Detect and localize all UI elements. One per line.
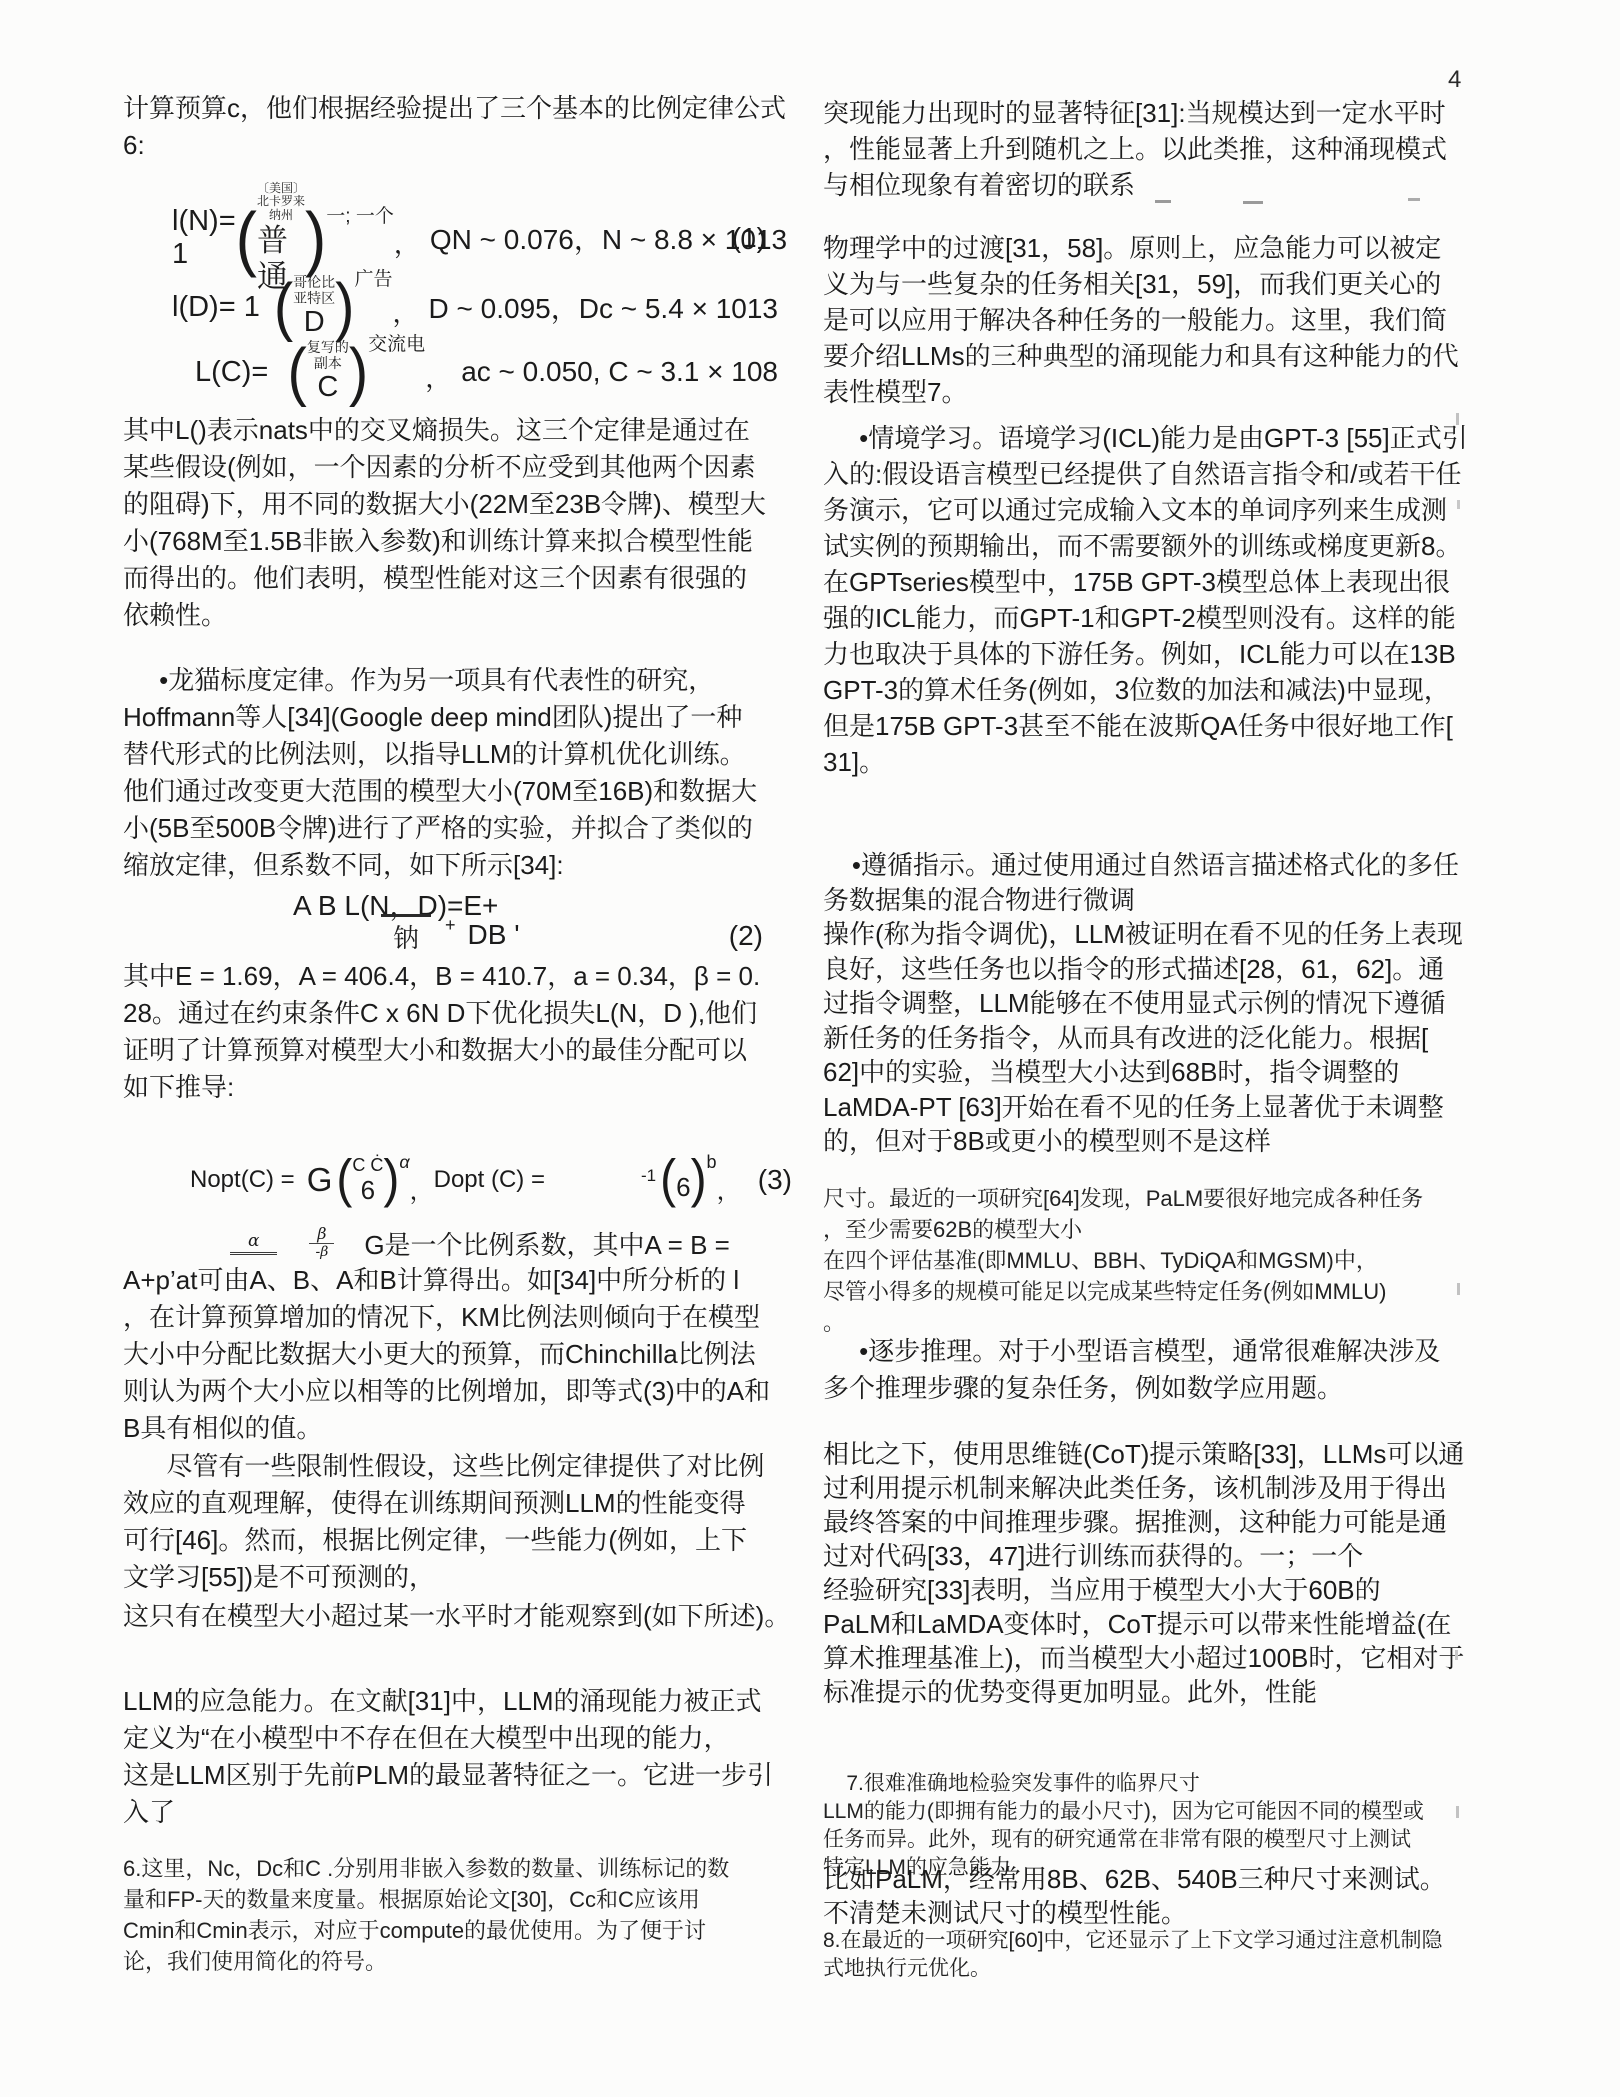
- equation-comma: ，: [717, 1171, 741, 1206]
- left-paren-icon: (: [274, 275, 293, 340]
- paragraph-emergent-abilities: LLM的应急能力。在文献[31]中，LLM的涌现能力被正式 定义为“在小模型中不…: [123, 1683, 773, 1831]
- fraction-denominator: 6: [676, 1173, 690, 1202]
- equation-coefficient: G: [307, 1161, 333, 1199]
- right-paren-icon: ): [349, 340, 368, 405]
- equation-exponent: 一; 一个: [326, 201, 394, 228]
- paragraph-step-by-step-reasoning: •逐步推理。对于小型语言模型，通常很难解决涉及 多个推理步骤的复杂任务，例如数学…: [823, 1333, 1440, 1407]
- scan-artifact: [1455, 1650, 1458, 1660]
- fraction-denominator: 6: [361, 1176, 375, 1205]
- scan-artifact: [1457, 500, 1460, 509]
- paragraph-kaplan-laws: 其中L()表示nats中的交叉熵损失。这三个定律是通过在 某些假设(例如，一个因…: [123, 412, 766, 634]
- equation-comma: ，: [410, 1171, 434, 1206]
- equation-lhs: l(N)= 1: [172, 205, 236, 271]
- scan-artifact: [1456, 413, 1459, 425]
- footnote-7-overlay: 比如PaLM，经常用8B、62B、540B三种尺寸来测试。 不清楚未测试尺寸的模…: [823, 1862, 1446, 1930]
- equation-comma: ，: [394, 224, 420, 261]
- right-column: 突现能力出现时的显著特征[31]:当规模达到一定水平时 ，性能显著上升到随机之上…: [823, 0, 1463, 2097]
- equation-1-row-2: l(D)= 1 ( 哥伦比 亚特区 D ) 广告 ， D ~ 0.095，Dc …: [123, 272, 778, 342]
- fraction-numerator: 〔美国〕 北卡罗来 纳州: [257, 182, 305, 223]
- fraction: 6: [676, 1158, 690, 1202]
- equation-number: (1): [732, 222, 766, 254]
- scan-artifact: [1155, 200, 1171, 203]
- beta-fraction: β -β: [309, 1226, 334, 1260]
- fraction-denominator: D: [304, 306, 325, 339]
- paren-group: ( C Ċ 6 ) α: [336, 1156, 409, 1204]
- paragraph-allocation: A+p’at可由A、B、A和B计算得出。如[34]中所分析的 l ，在计算预算增…: [123, 1262, 770, 1447]
- equation-2: A B L(N，D)=E+ 钠 + DB ' (2): [123, 884, 778, 964]
- paragraph-cot: 相比之下，使用思维链(CoT)提示策略[33]，LLMs可以通 过利用提示机制来…: [823, 1437, 1464, 1709]
- coefficient-fractions-line: α β -β G是一个比例系数，其中A = B =: [123, 1224, 778, 1262]
- fraction-denominator: C: [317, 371, 338, 404]
- equation-rhs: D ~ 0.095，Dc ~ 5.4 × 1013: [429, 287, 778, 327]
- left-paren-icon: (: [660, 1154, 676, 1207]
- scan-artifact: [1243, 201, 1263, 204]
- fraction-numerator: C Ċ: [352, 1156, 383, 1176]
- fraction: 复写的 副本 C: [307, 339, 349, 405]
- left-paren-icon: (: [236, 202, 257, 274]
- fraction-numerator: 复写的 副本: [307, 339, 349, 371]
- equation-exponent: α: [399, 1152, 409, 1173]
- left-column: 计算预算c，他们根据经验提出了三个基本的比例定律公式 6: l(N)= 1 ( …: [123, 0, 778, 2097]
- paragraph-chinchilla: •龙猫标度定律。作为另一项具有代表性的研究， Hoffmann等人[34](Go…: [123, 662, 757, 884]
- paragraph-constants: 其中E = 1.69，A = 406.4，B = 410.7，a = 0.34，…: [123, 958, 760, 1106]
- equation-number: (2): [729, 920, 763, 952]
- equation-rhs: ac ~ 0.050, C ~ 3.1 × 108: [461, 356, 778, 388]
- equation-lhs: l(D)= 1: [172, 291, 274, 324]
- equation-comma: ，: [393, 293, 419, 330]
- equation-lhs: L(C)=: [195, 356, 288, 389]
- footnote-8: 8.在最近的一项研究[60]中，它还显示了上下文学习通过注意机制隐 式地执行元优…: [823, 1927, 1443, 1983]
- right-paren-icon: ): [383, 1154, 399, 1207]
- fraction: C Ċ 6: [352, 1156, 383, 1204]
- fraction: 哥伦比 亚特区 D: [293, 274, 335, 340]
- left-paren-icon: (: [288, 340, 307, 405]
- equation-exponent: 广告: [355, 264, 393, 291]
- fraction-denominator: -β: [309, 1243, 334, 1260]
- fraction-numerator: β: [317, 1226, 326, 1243]
- fraction-numerator: 哥伦比 亚特区: [293, 274, 335, 306]
- equation-number: (3): [758, 1164, 792, 1196]
- scan-artifact: [1456, 1806, 1459, 1818]
- right-paren-icon: ): [305, 202, 326, 274]
- paragraph-in-context-learning: •情境学习。语境学习(ICL)能力是由GPT-3 [55]正式引 入的:假设语言…: [823, 420, 1468, 780]
- equation-exponent: 交流电: [368, 329, 425, 356]
- paragraph-observe-level: 这只有在模型大小超过某一水平时才能观察到(如下所述)。: [123, 1598, 790, 1635]
- inline-text: G是一个比例系数，其中A = B =: [364, 1225, 730, 1262]
- equation-term: DB ': [468, 919, 520, 951]
- document-page: 4 计算预算c，他们根据经验提出了三个基本的比例定律公式 6: l(N)= 1 …: [0, 0, 1620, 2097]
- right-paren-icon: ): [691, 1154, 707, 1207]
- right-paren-icon: ): [335, 275, 354, 340]
- equation-comma: ，: [425, 358, 451, 395]
- equation-1-row-1: l(N)= 1 ( 〔美国〕 北卡罗来 纳州 普通 ) 一; 一个 ， QN ~…: [123, 203, 778, 273]
- footnote-6: 6.这里，Nc，Dc和C .分别用非嵌入参数的数量、训练标记的数 量和FP-天的…: [123, 1853, 729, 1977]
- left-paren-icon: (: [336, 1154, 352, 1207]
- paragraph-emergence-feature: 突现能力出现时的显著特征[31]:当规模达到一定水平时 ，性能显著上升到随机之上…: [823, 95, 1447, 203]
- paragraph-instruction-following: •遵循指示。通过使用通过自然语言描述格式化的多任 务数据集的混合物进行微调 操作…: [823, 848, 1463, 1159]
- fraction-denominator: 钠: [381, 914, 431, 955]
- scan-artifact: [1457, 1283, 1460, 1295]
- equation-exponent: b: [707, 1152, 717, 1173]
- equation-1-row-3: L(C)= ( 复写的 副本 C ) 交流电 ， ac ~ 0.050, C ~…: [123, 337, 778, 407]
- equation-exponent: -1: [641, 1166, 656, 1186]
- paragraph-limitations: 尽管有一些限制性假设，这些比例定律提供了对比例 效应的直观理解，使得在训练期间预…: [123, 1448, 764, 1596]
- equation-line: 钠 + DB ': [381, 914, 520, 955]
- scan-artifact: [1408, 198, 1420, 201]
- equation-3: Nopt(C) = G ( C Ċ 6 ) α ， Dopt (C) = -1 …: [123, 1148, 778, 1212]
- paragraph-palm-size: 尺寸。最近的一项研究[64]发现，PaLM要很好地完成各种任务 ，至少需要62B…: [823, 1183, 1423, 1338]
- equation-lhs: Nopt(C) =: [190, 1166, 295, 1194]
- alpha-fraction: α: [230, 1231, 277, 1255]
- plus-sign: +: [445, 915, 456, 936]
- paren-group: ( 6 ) b: [660, 1156, 716, 1204]
- equation-lhs: Dopt (C) =: [434, 1166, 545, 1194]
- paragraph-intro: 计算预算c，他们根据经验提出了三个基本的比例定律公式 6:: [123, 90, 786, 164]
- paragraph-phase-transition: 物理学中的过渡[31，58]。原则上，应急能力可以被定 义为与一些复杂的任务相关…: [823, 230, 1459, 410]
